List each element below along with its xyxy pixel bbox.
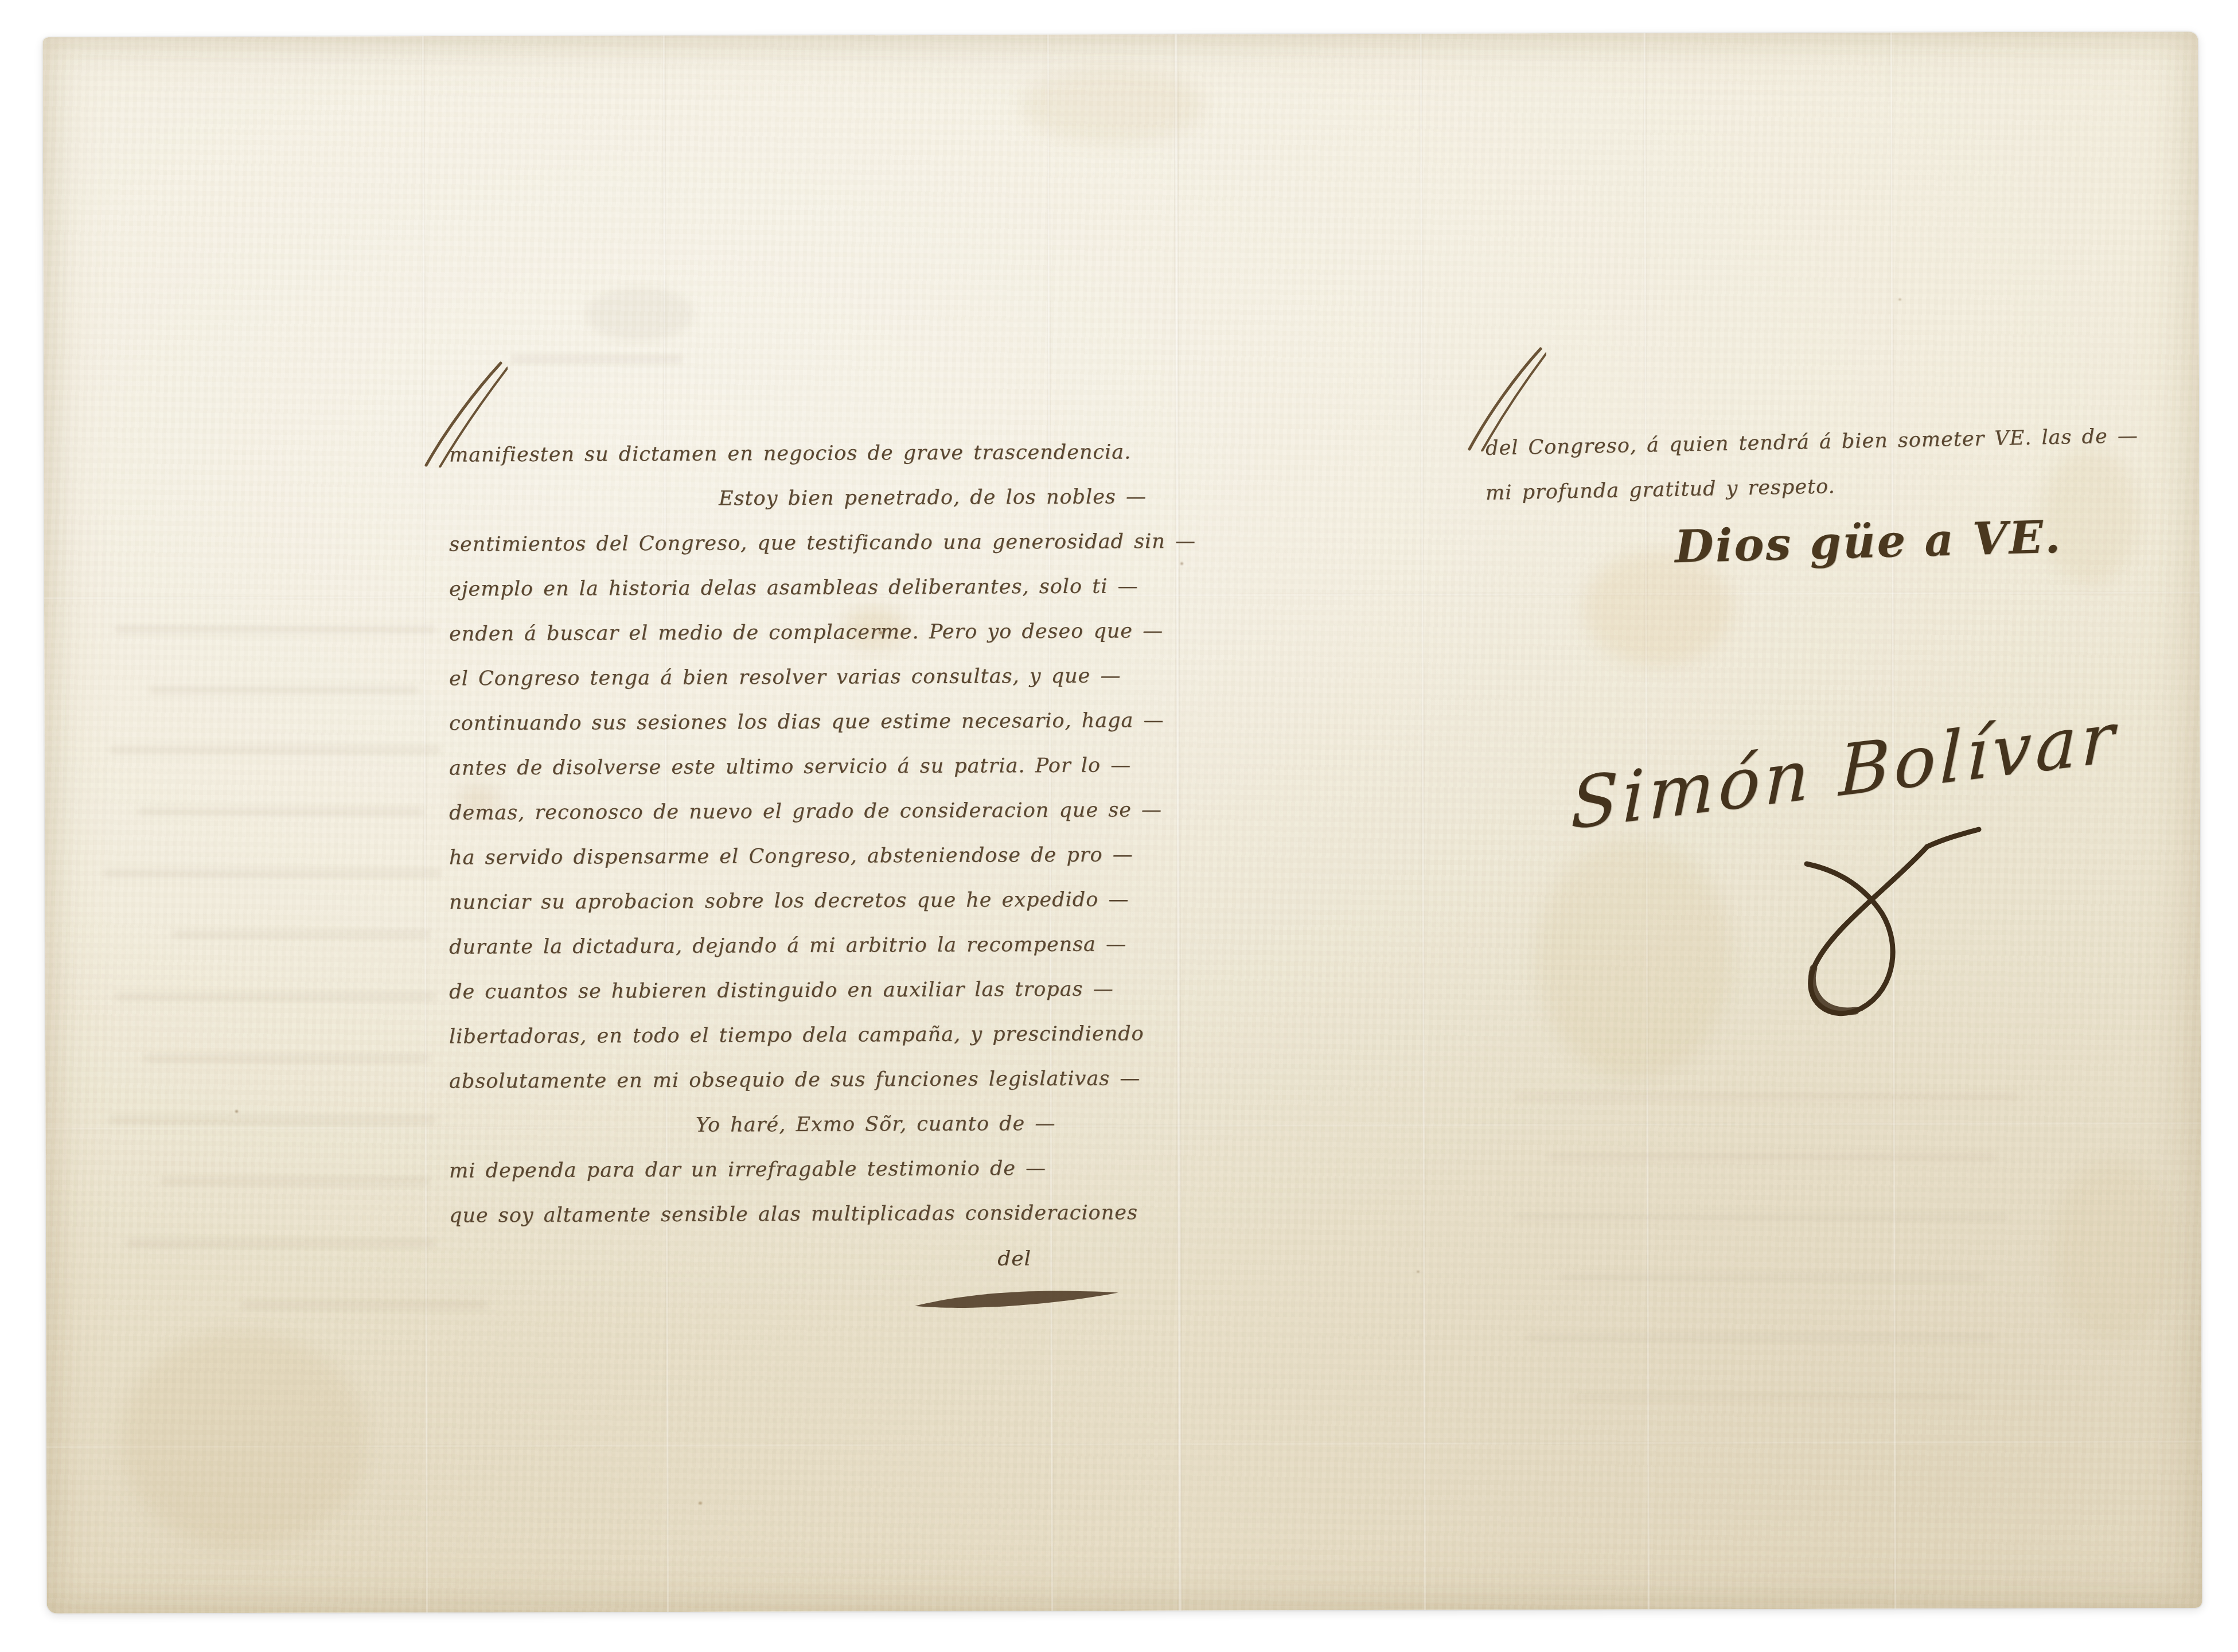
manuscript-line: antes de disolverse este ultimo servicio… — [449, 743, 1129, 790]
fold-crease-vertical — [1889, 32, 1897, 1608]
scanned-letter: manifiesten su dictamen en negocios de g… — [0, 0, 2238, 1652]
valediction: Dios güe a VE. — [1485, 509, 2140, 578]
fold-crease-horizontal — [46, 1440, 2202, 1449]
manuscript-line: el Congreso tenga á bien resolver varias… — [449, 653, 1129, 701]
manuscript-line: de cuantos se hubieren distinguido en au… — [449, 967, 1129, 1014]
manuscript-line: Yo haré, Exmo Sõr, cuanto de — — [449, 1101, 1129, 1148]
fold-crease-vertical — [421, 36, 428, 1612]
manuscript-line: que soy altamente sensible alas multipli… — [449, 1190, 1129, 1238]
letter-body-left: manifiesten su dictamen en negocios de g… — [449, 431, 1129, 1281]
manuscript-line: enden á buscar el medio de complacerme. … — [449, 609, 1129, 656]
letter-body-right: del Congreso, á quien tendrá á bien some… — [1485, 420, 2139, 570]
manuscript-line: sentimientos del Congreso, que testifica… — [449, 519, 1129, 567]
manuscript-line: continuando sus sesiones los dias que es… — [449, 698, 1129, 746]
manuscript-line: demas, reconosco de nuevo el grado de co… — [449, 788, 1129, 835]
manuscript-line: manifiesten su dictamen en negocios de g… — [449, 430, 1129, 477]
fold-crease-vertical-center — [1173, 34, 1182, 1611]
manuscript-line: ejemplo en la historia delas asambleas d… — [449, 564, 1129, 611]
manuscript-line: absolutamente en mi obsequio de sus func… — [449, 1056, 1129, 1104]
manuscript-line: Estoy bien penetrado, de los nobles — — [449, 474, 1129, 522]
fold-crease-vertical — [1419, 34, 1426, 1610]
manuscript-line: libertadoras, en todo el tiempo dela cam… — [449, 1011, 1129, 1059]
manuscript-line: ha servido dispensarme el Congreso, abst… — [449, 832, 1129, 880]
catchword: del — [449, 1237, 1129, 1281]
manuscript-line: mi dependa para dar un irrefragable test… — [449, 1146, 1129, 1193]
manuscript-line: nunciar su aprobacion sobre los decretos… — [449, 877, 1129, 925]
manuscript-line: durante la dictadura, dejando á mi arbit… — [449, 922, 1129, 969]
